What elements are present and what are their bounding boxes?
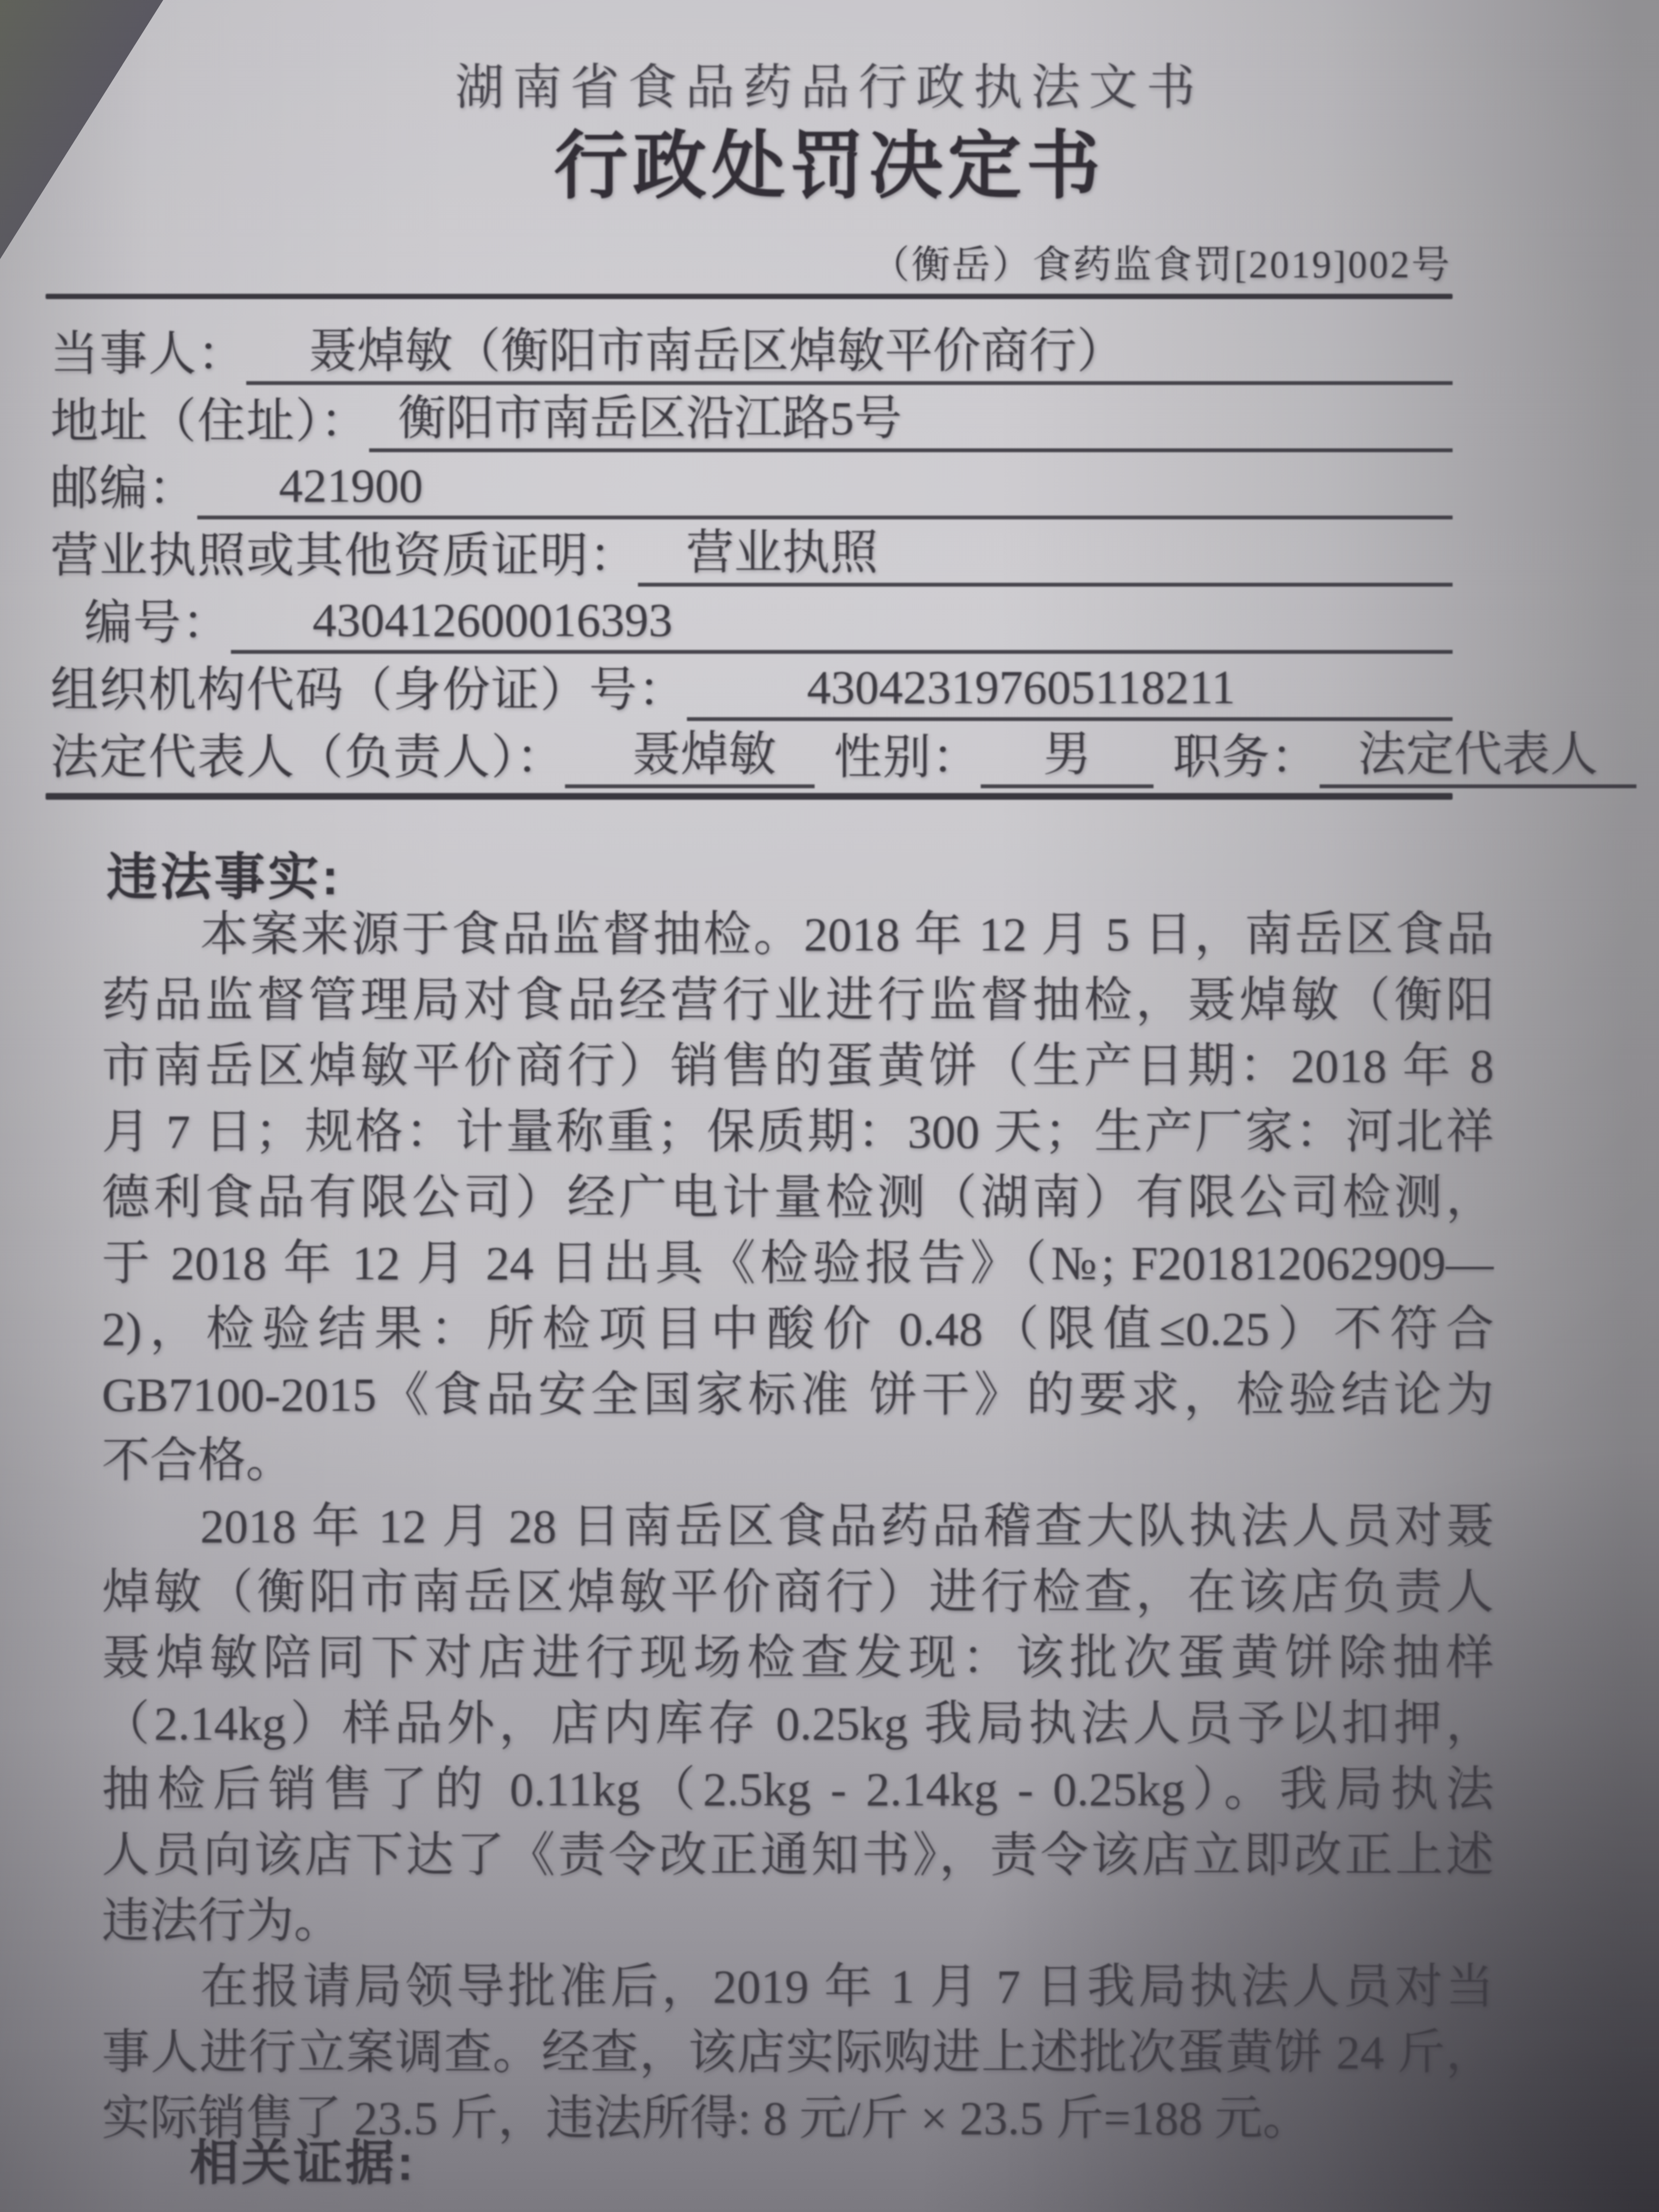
field-underline <box>1154 372 1453 385</box>
field-label-sex: 性别： <box>834 733 981 788</box>
body-line: 事人进行立案调查。经查，该店实际购进上述批次蛋黄饼 24 斤， <box>102 2020 1494 2085</box>
bottom-rule <box>46 793 1453 800</box>
body-line: 于 2018 年 12 月 24 日出具《检验报告》（№; F201812062… <box>102 1230 1494 1296</box>
field-value: 聂焯敏（衡阳市南岳区焯敏平价商行） <box>246 327 1154 385</box>
field-row-address: 地址（住址）： 衡阳市南岳区沿江路5号 <box>50 385 1453 452</box>
field-value: 聂焯敏 <box>565 731 815 788</box>
field-underline <box>907 573 1453 587</box>
body-line: 抽检后销售了的 0.11kg（2.5kg - 2.14kg - 0.25kg）。… <box>102 1756 1494 1822</box>
field-label: 法定代表人（负责人）： <box>50 733 565 788</box>
field-label: 当事人： <box>50 330 246 385</box>
document-content: 湖南省食品药品行政执法文书 行政处罚决定书 （衡岳）食药监食罚[2019]002… <box>0 0 1659 2212</box>
body-line: 市南岳区焯敏平价商行）销售的蛋黄饼（生产日期：2018 年 8 <box>102 1033 1494 1099</box>
body-text: 本案来源于食品监督抽检。2018 年 12 月 5 日，南岳区食品 药品监督管理… <box>102 902 1494 2151</box>
field-value: 430423197605118211 <box>687 663 1264 721</box>
field-value-sex: 男 <box>981 731 1154 788</box>
field-underline <box>1264 708 1453 721</box>
field-underline <box>452 506 1453 519</box>
field-value: 421900 <box>197 462 452 519</box>
section-heading-violation-facts: 违法事实: <box>107 836 341 909</box>
field-label-duty: 职务： <box>1173 733 1320 788</box>
field-row-legal-representative: 法定代表人（负责人）： 聂焯敏 性别： 男 职务： 法定代表人 <box>50 721 1645 788</box>
field-row-party: 当事人： 聂焯敏（衡阳市南岳区焯敏平价商行） <box>50 318 1453 385</box>
field-label: 邮编： <box>50 465 197 519</box>
body-line: 月 7 日；规格：计量称重；保质期：300 天；生产厂家：河北祥 <box>102 1099 1494 1165</box>
field-value: 430412600016393 <box>231 596 701 654</box>
field-label: 组织机构代码（身份证）号： <box>50 666 687 721</box>
page: { "colors": { "paper": "#c3c1c6", "ink":… <box>0 0 1659 2212</box>
body-line: 不合格。 <box>102 1428 1494 1493</box>
field-row-org-code: 组织机构代码（身份证）号： 430423197605118211 <box>50 654 1453 721</box>
body-line: 德利食品有限公司）经广电计量检测（湖南）有限公司检测， <box>102 1165 1494 1230</box>
body-line: 药品监督管理局对食品经营行业进行监督抽检，聂焯敏（衡阳 <box>102 967 1494 1033</box>
field-underline <box>701 640 1453 654</box>
body-line: 2)，检验结果：所检项目中酸价 0.48（限值≤0.25）不符合 <box>102 1296 1494 1362</box>
field-underline <box>931 439 1453 452</box>
field-label: 地址（住址）： <box>50 397 369 452</box>
body-line: 人员向该店下达了《责令改正通知书》，责令该店立即改正上述 <box>102 1822 1494 1888</box>
document-number: （衡岳）食药监食罚[2019]002号 <box>871 244 1452 286</box>
body-line: 在报请局领导批准后，2019 年 1 月 7 日我局执法人员对当 <box>102 1954 1494 2020</box>
field-value-duty: 法定代表人 <box>1320 731 1636 788</box>
body-line: 违法行为。 <box>102 1888 1494 1954</box>
body-line: （2.14kg）样品外，店内库存 0.25kg 我局执法人员予以扣押， <box>102 1691 1494 1756</box>
body-line: 本案来源于食品监督抽检。2018 年 12 月 5 日，南岳区食品 <box>102 902 1494 967</box>
top-rule <box>46 294 1453 299</box>
field-label: 编号： <box>50 599 231 654</box>
document-title: 行政处罚决定书 <box>0 124 1659 209</box>
field-label: 营业执照或其他资质证明： <box>50 532 638 587</box>
section-heading-evidence: 相关证据: <box>190 2124 416 2194</box>
field-row-license: 营业执照或其他资质证明： 营业执照 <box>50 519 1453 587</box>
body-line: 聂焯敏陪同下对店进行现场检查发现：该批次蛋黄饼除抽样 <box>102 1625 1494 1691</box>
field-row-license-number: 编号： 430412600016393 <box>50 587 1453 654</box>
letterhead: 湖南省食品药品行政执法文书 <box>0 61 1659 115</box>
body-line: 焯敏（衡阳市南岳区焯敏平价商行）进行检查，在该店负责人 <box>102 1559 1494 1625</box>
field-value: 营业执照 <box>638 529 907 587</box>
body-line: GB7100-2015《食品安全国家标准 饼干》的要求，检验结论为 <box>102 1362 1494 1428</box>
field-value: 衡阳市南岳区沿江路5号 <box>369 395 931 452</box>
party-info-fields: 当事人： 聂焯敏（衡阳市南岳区焯敏平价商行） 地址（住址）： 衡阳市南岳区沿江路… <box>50 318 1453 788</box>
field-row-postcode: 邮编： 421900 <box>50 452 1453 519</box>
body-line: 2018 年 12 月 28 日南岳区食品药品稽查大队执法人员对聂 <box>102 1493 1494 1559</box>
